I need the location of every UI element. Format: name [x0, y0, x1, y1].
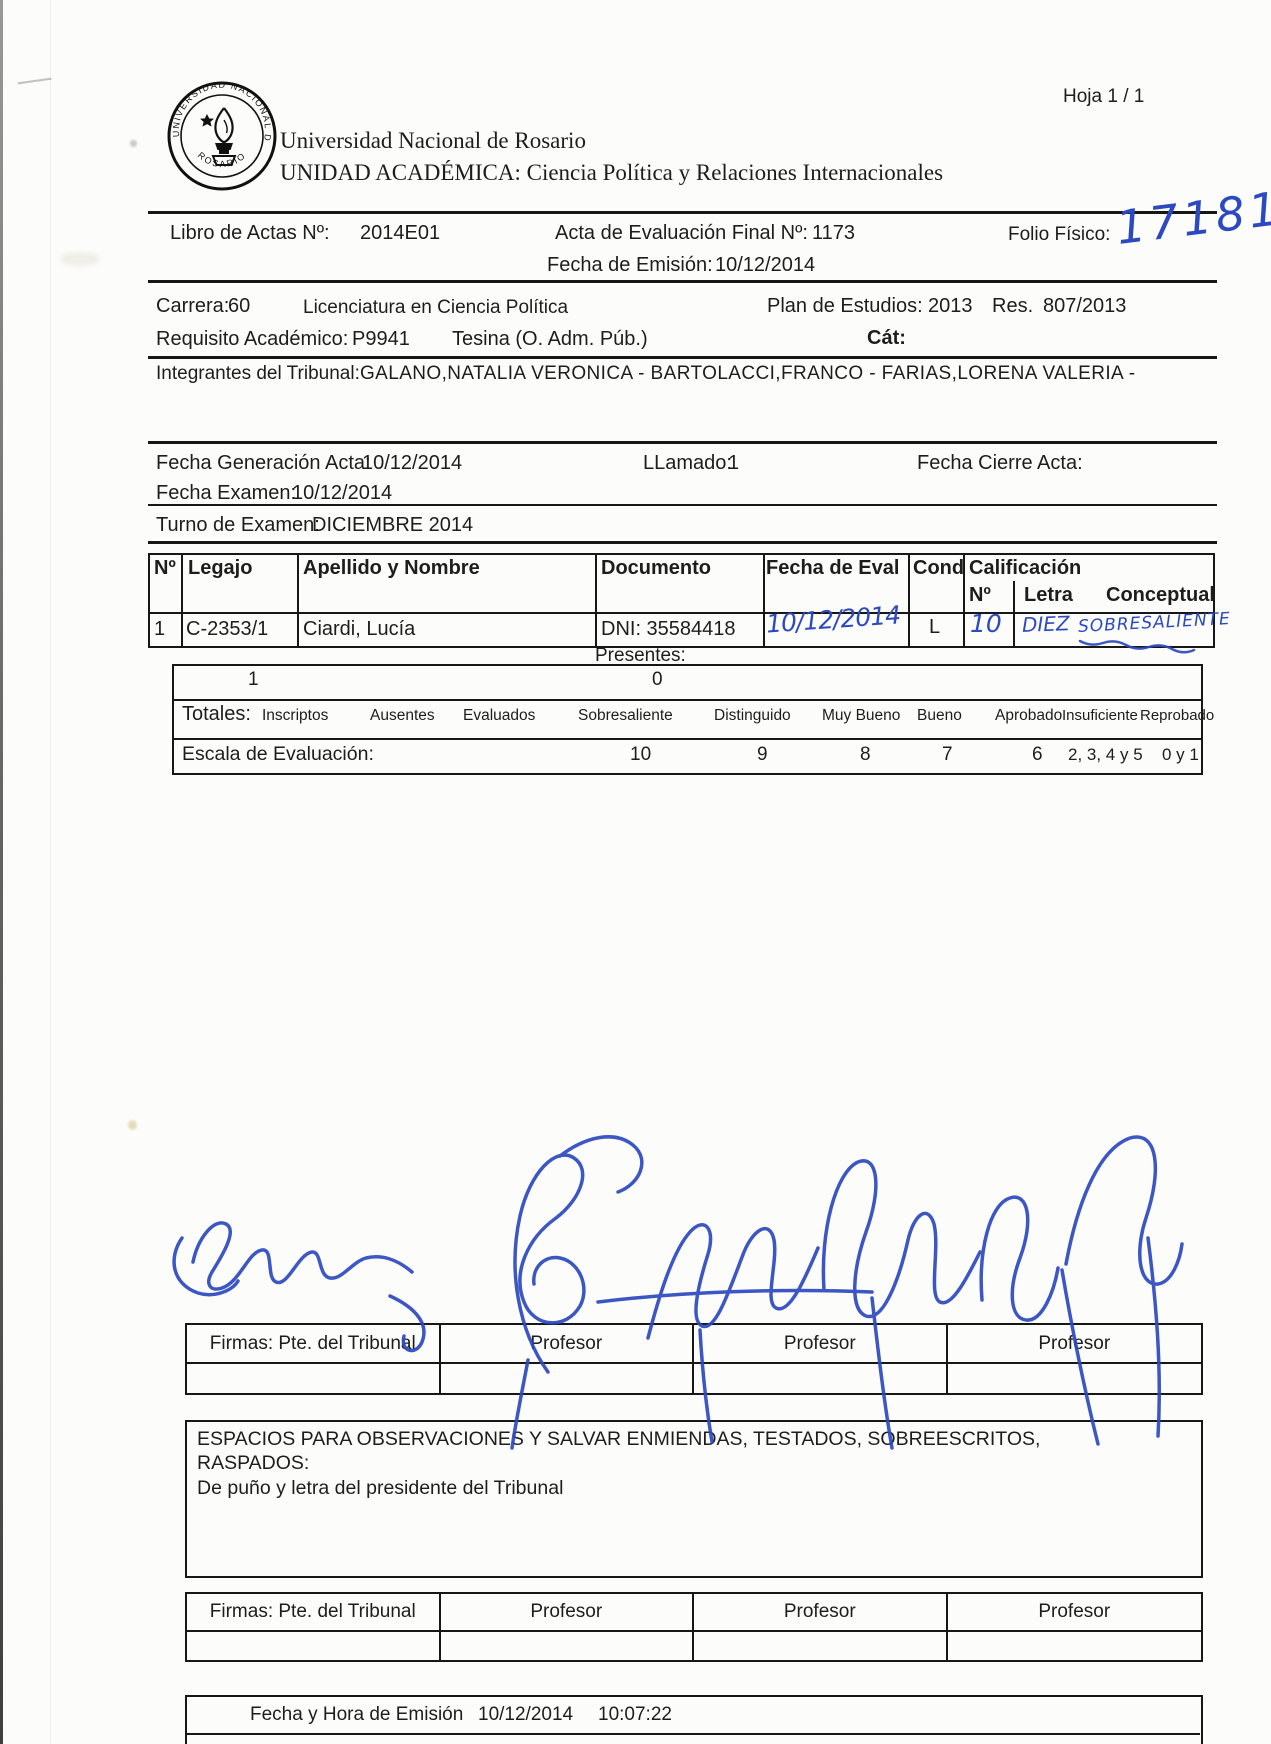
ink-signatures: [0, 0, 1271, 1744]
ink-underline: [1080, 641, 1194, 652]
scanned-acta-document: Hoja 1 / 1 UNIVERSIDAD NACIONAL DE ROSAR…: [0, 0, 1271, 1744]
signature-president: [174, 1223, 424, 1351]
signature-professor-1: [512, 1137, 642, 1448]
signature-professor-2: [598, 1137, 1182, 1448]
